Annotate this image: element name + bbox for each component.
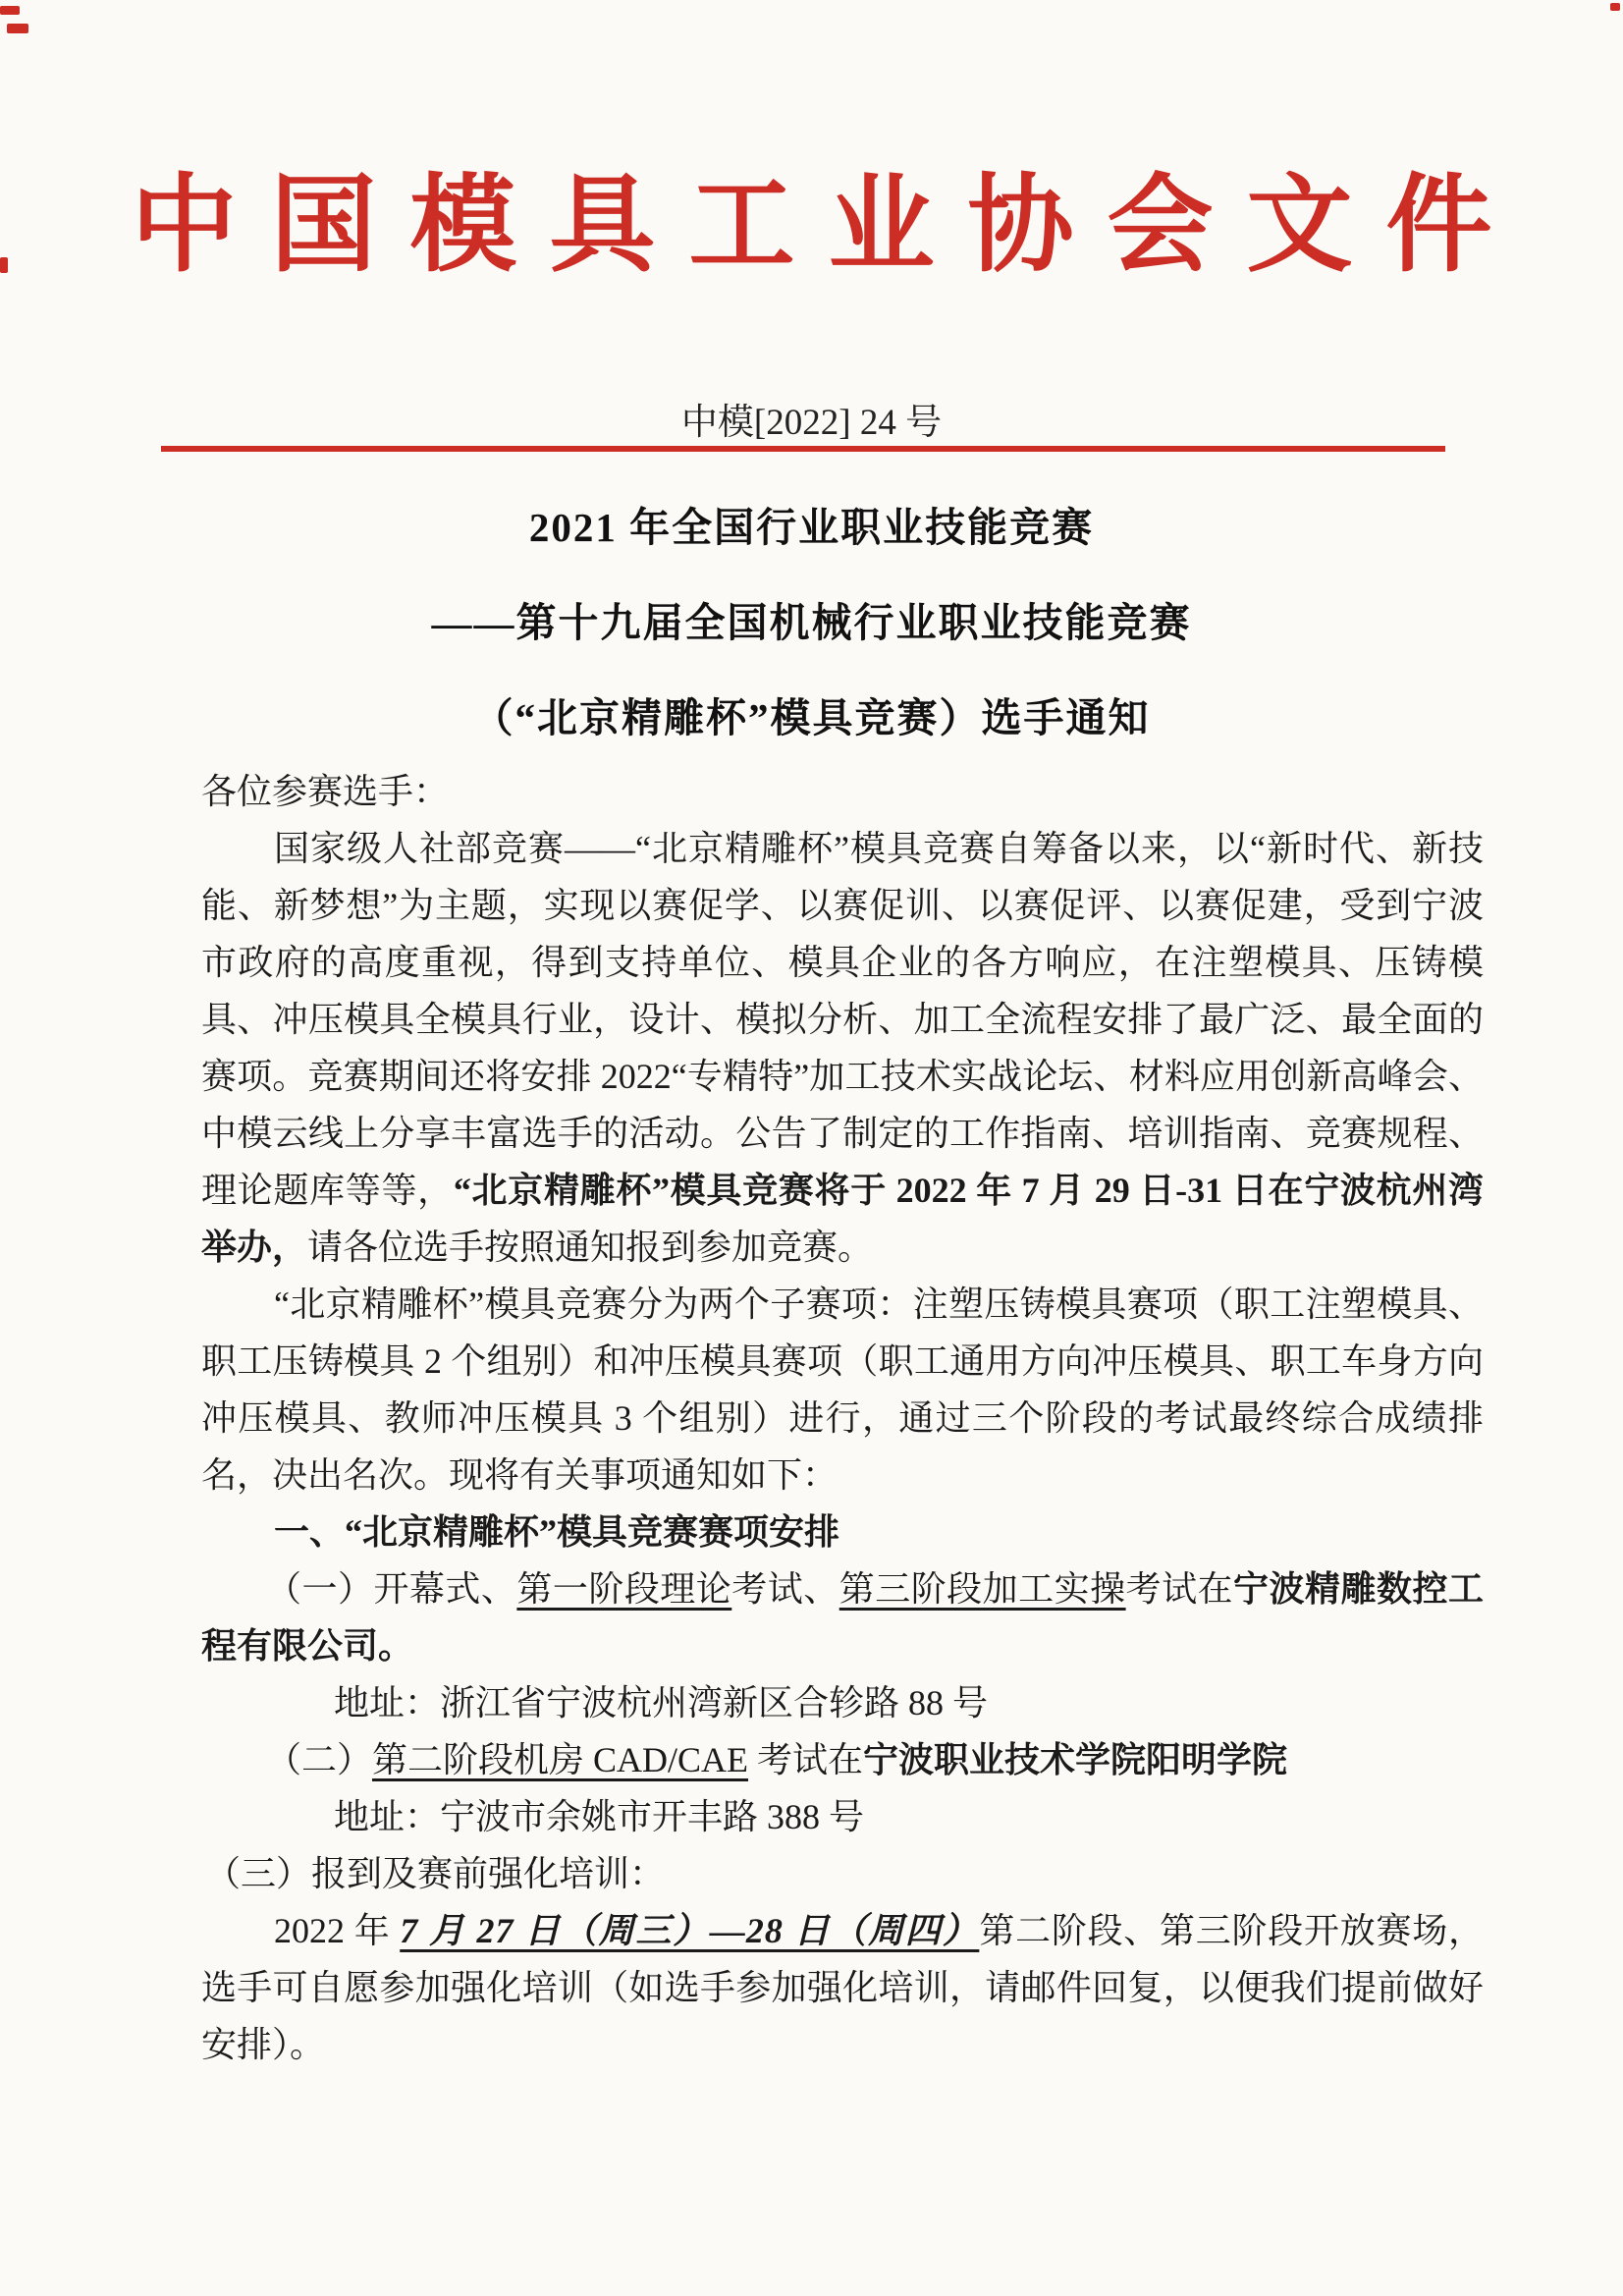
scan-artifact <box>7 24 28 33</box>
text-segment: 考试、 <box>731 1569 839 1609</box>
text-segment-u: 第一阶段理论 <box>516 1569 731 1609</box>
text-segment: （一）开幕式、 <box>266 1569 516 1609</box>
title-line-2: ——第十九届全国机械行业职业技能竞赛 <box>0 575 1623 671</box>
paragraph: 一、“北京精雕杯”模具竞赛赛项安排 <box>201 1503 1484 1560</box>
text-segment: 国家级人社部竞赛——“北京精雕杯”模具竞赛自筹备以来，以“新时代、新技能、新梦想… <box>201 829 1484 1210</box>
scan-artifact <box>1610 3 1620 11</box>
letterhead-org-title: 中国模具工业协会文件 <box>0 169 1623 286</box>
scanned-document-page: { "page": {"width": 1653, "height": 2338… <box>0 0 1623 2296</box>
text-segment-bui: 7 月 27 日（周三）—28 日（周四） <box>400 1911 979 1950</box>
text-segment: 考试在 <box>748 1740 863 1779</box>
text-segment-b: 一、“北京精雕杯”模具竞赛赛项安排 <box>274 1512 839 1552</box>
text-segment: （二） <box>266 1740 372 1779</box>
paragraph: （一）开幕式、第一阶段理论考试、第三阶段加工实操考试在宁波精雕数控工程有限公司。 <box>201 1560 1484 1674</box>
text-segment-u: 第二阶段机房 CAD/CAE <box>372 1740 748 1779</box>
text-segment: “北京精雕杯”模具竞赛分为两个子赛项：注塑压铸模具赛项（职工注塑模具、职工压铸模… <box>201 1285 1484 1495</box>
paragraph: 2022 年 7 月 27 日（周三）—28 日（周四）第二阶段、第三阶段开放赛… <box>201 1902 1484 2073</box>
paragraph: （三）报到及赛前强化培训： <box>201 1845 1484 1902</box>
text-segment: （三）报到及赛前强化培训： <box>205 1854 665 1893</box>
text-segment-b: 宁波职业技术学院阳明学院 <box>863 1740 1287 1779</box>
text-segment: 2022 年 <box>274 1911 400 1950</box>
paragraph: （二）第二阶段机房 CAD/CAE 考试在宁波职业技术学院阳明学院 <box>201 1731 1484 1788</box>
letterhead-rule <box>161 446 1445 452</box>
title-line-3: （“北京精雕杯”模具竞赛）选手通知 <box>0 671 1623 766</box>
text-segment: 请各位选手按照通知报到参加竞赛。 <box>307 1228 873 1267</box>
scan-artifact <box>0 6 20 15</box>
text-segment-u: 第三阶段加工实操 <box>839 1569 1126 1609</box>
text-segment: 各位参赛选手： <box>201 772 449 811</box>
paragraph: 地址：宁波市余姚市开丰路 388 号 <box>201 1788 1484 1845</box>
document-number: 中模[2022] 24 号 <box>0 403 1623 444</box>
text-segment: 地址：浙江省宁波杭州湾新区合轸路 88 号 <box>334 1683 988 1722</box>
paragraph: 国家级人社部竞赛——“北京精雕杯”模具竞赛自筹备以来，以“新时代、新技能、新梦想… <box>201 820 1484 1276</box>
paragraph: “北京精雕杯”模具竞赛分为两个子赛项：注塑压铸模具赛项（职工注塑模具、职工压铸模… <box>201 1276 1484 1503</box>
paragraph: 地址：浙江省宁波杭州湾新区合轸路 88 号 <box>201 1674 1484 1731</box>
document-body: 各位参赛选手：国家级人社部竞赛——“北京精雕杯”模具竞赛自筹备以来，以“新时代、… <box>201 763 1484 2073</box>
text-segment: 地址：宁波市余姚市开丰路 388 号 <box>334 1797 864 1836</box>
title-line-1: 2021 年全国行业职业技能竞赛 <box>0 480 1623 575</box>
paragraph: 各位参赛选手： <box>201 763 1484 820</box>
document-title: 2021 年全国行业职业技能竞赛 ——第十九届全国机械行业职业技能竞赛 （“北京… <box>0 480 1623 766</box>
text-segment: 考试在 <box>1126 1569 1233 1609</box>
